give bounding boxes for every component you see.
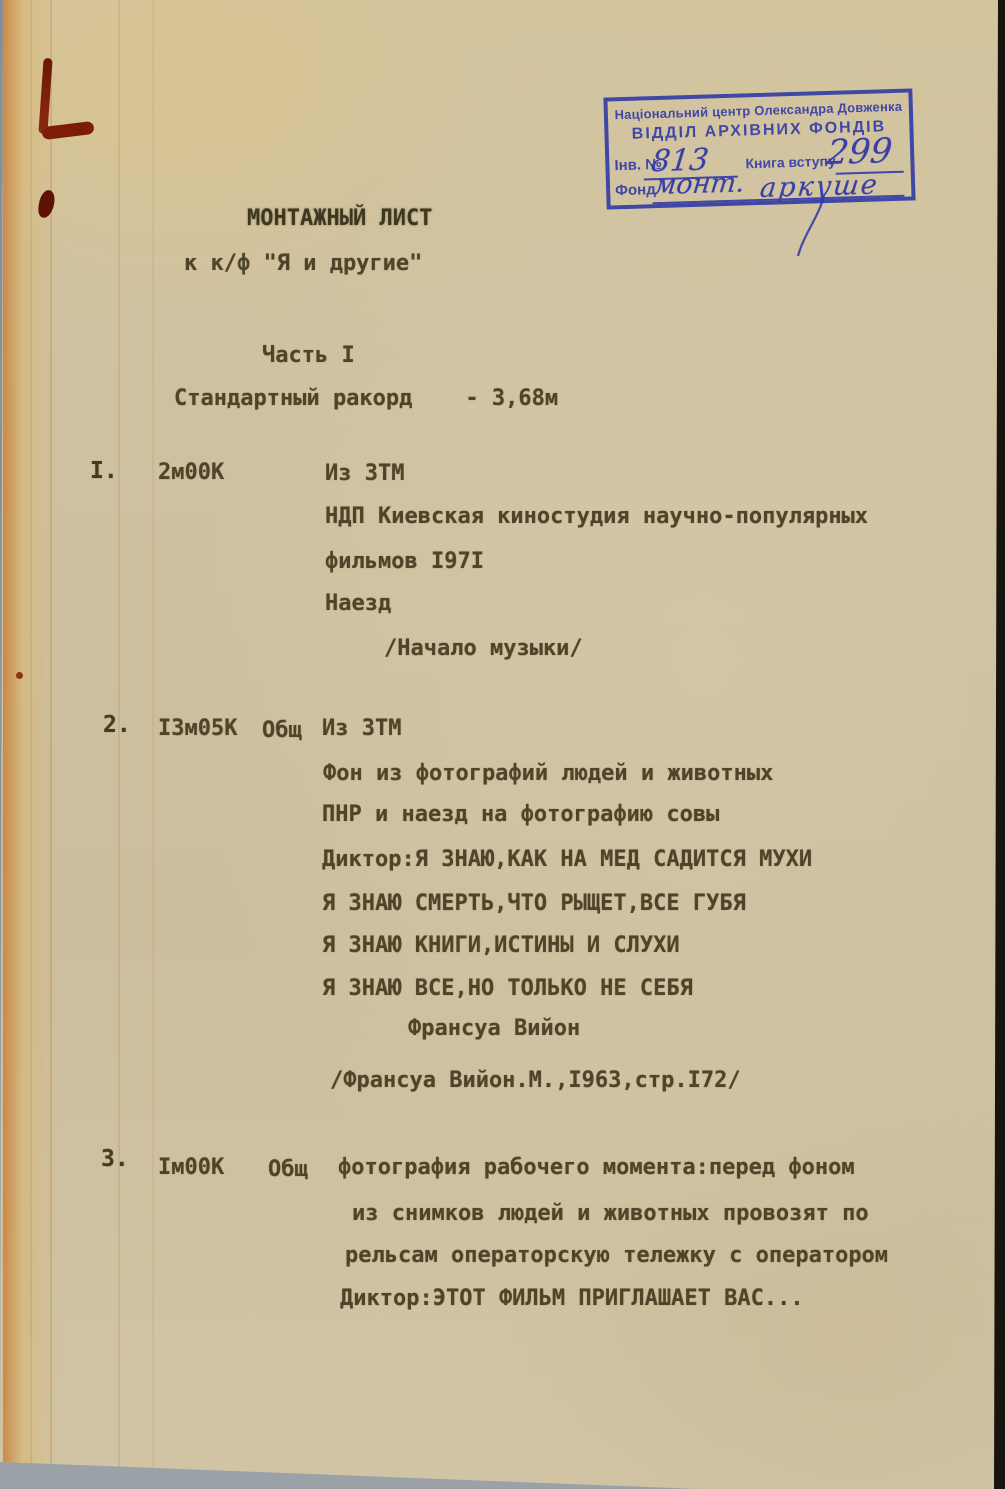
fold-crease <box>118 0 120 1489</box>
cue-text-line: Я ЗНАЮ КНИГИ,ИСТИНЫ И СЛУХИ <box>322 933 680 958</box>
cue-text-line: Из ЗТМ <box>325 461 404 486</box>
film-title: к к/ф "Я и другие" <box>184 251 422 276</box>
cue-footage: I3м05К <box>158 716 237 741</box>
cue-text-line: Диктор:ЭТОТ ФИЛЬМ ПРИГЛАШАЕТ ВАС... <box>340 1286 804 1311</box>
cue-text-line: ПНР и наезд на фотографию совы <box>322 802 719 827</box>
archive-stamp: Національний центр Олександра Довженка В… <box>603 88 915 209</box>
cue-text-line: /Франсуа Вийон.М.,I963,стр.I72/ <box>330 1068 741 1093</box>
cue-text-line: НДП Киевская киностудия научно-популярны… <box>325 504 868 529</box>
cue-text-line: Я ЗНАЮ СМЕРТЬ,ЧТО РЫЩЕТ,ВСЕ ГУБЯ <box>322 891 746 916</box>
cue-text-line: рельсам операторскую тележку с операторо… <box>345 1243 888 1268</box>
cue-number: I. <box>90 458 118 484</box>
cue-text-line: фильмов I97I <box>325 549 484 574</box>
paper-sheet: МОНТАЖНЫЙ ЛИСТ к к/ф "Я и другие" Часть … <box>0 0 1005 1489</box>
cue-text-line: Фон из фотографий людей и животных <box>323 761 773 786</box>
fold-crease <box>152 0 154 1489</box>
stamp-entry-book-number-handwritten: 299 <box>825 131 894 173</box>
scanned-montage-sheet: МОНТАЖНЫЙ ЛИСТ к к/ф "Я и другие" Часть … <box>0 0 1005 1489</box>
cue-footage: 2м00К <box>158 460 224 485</box>
cue-text-line: Я ЗНАЮ ВСЕ,НО ТОЛЬКО НЕ СЕБЯ <box>322 976 693 1001</box>
cue-text-line: Франсуа Вийон <box>408 1016 580 1041</box>
part-heading: Часть I <box>262 343 355 368</box>
cue-footage: Iм00К <box>158 1155 224 1180</box>
cue-text-line: Диктор:Я ЗНАЮ,КАК НА МЕД САДИТСЯ МУХИ <box>322 847 812 872</box>
cue-number: 3. <box>101 1146 129 1172</box>
cue-text-line: из снимков людей и животных провозят по <box>352 1201 869 1226</box>
stamp-fund-value-handwritten: монт. <box>652 167 746 201</box>
fold-crease <box>50 0 52 1489</box>
cue-shot-type: Общ <box>262 718 302 743</box>
leader-note: Стандартный ракорд - 3,68м <box>174 386 558 411</box>
cue-text-line: Из ЗТМ <box>322 716 401 741</box>
handwriting-descender-stroke <box>790 196 838 260</box>
cue-shot-type: Общ <box>268 1157 308 1182</box>
stamp-entry-book-label: Книга вступу <box>745 153 836 172</box>
cue-text-line: /Начало музыки/ <box>384 636 583 661</box>
cue-text-line: Наезд <box>325 591 391 616</box>
red-ink-speck <box>16 672 23 679</box>
stamp-fund-label: Фонд <box>615 181 656 199</box>
cue-text-line: фотография рабочего момента:перед фоном <box>338 1155 855 1180</box>
fold-crease <box>30 0 32 1489</box>
cue-number: 2. <box>103 712 131 738</box>
doc-title: МОНТАЖНЫЙ ЛИСТ <box>247 206 432 231</box>
